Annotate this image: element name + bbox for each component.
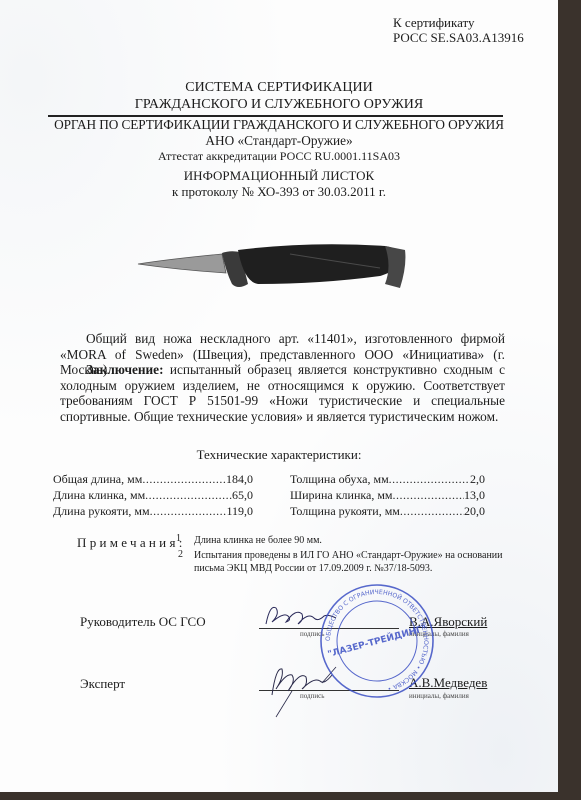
conclusion-paragraph: Заключение: испытанный образец является …: [60, 362, 505, 424]
certification-organ: ОРГАН ПО СЕРТИФИКАЦИИ ГРАЖДАНСКОГО И СЛУ…: [0, 117, 558, 133]
knife-photo: [130, 232, 430, 292]
note-text: Испытания проведены в ИЛ ГО АНО «Стандар…: [194, 549, 524, 575]
protocol-reference: к протоколу № ХО-393 от 30.03.2011 г.: [0, 184, 558, 200]
signer-role: Руководитель ОС ГСО: [80, 614, 206, 630]
spec-row: Толщина обуха, мм2,0: [290, 471, 485, 487]
note-number: 1: [176, 533, 181, 544]
specs-right-column: Толщина обуха, мм2,0 Ширина клинка, мм13…: [290, 471, 485, 519]
signer-role: Эксперт: [80, 676, 125, 692]
spec-row: Толщина рукояти, мм20,0: [290, 503, 485, 519]
certificate-reference: К сертификату РОСС SE.SA03.A13916: [393, 15, 524, 45]
system-title-line2: ГРАЖДАНСКОГО И СЛУЖЕБНОГО ОРУЖИЯ: [0, 97, 558, 113]
document-page: К сертификату РОСС SE.SA03.A13916 СИСТЕМ…: [0, 0, 558, 792]
reference-line2: РОСС SE.SA03.A13916: [393, 30, 524, 45]
accreditation-line: Аттестат аккредитации РОСС RU.0001.11SA0…: [0, 149, 558, 164]
spec-row: Общая длина, мм184,0: [53, 471, 253, 487]
conclusion-label: Заключение:: [86, 362, 164, 377]
spec-row: Ширина клинка, мм13,0: [290, 487, 485, 503]
document-title: ИНФОРМАЦИОННЫЙ ЛИСТОК: [0, 168, 558, 184]
note-number: 2: [178, 549, 183, 560]
system-title-line1: СИСТЕМА СЕРТИФИКАЦИИ: [0, 80, 558, 96]
notes-label: Примечания:: [77, 535, 186, 551]
specs-left-column: Общая длина, мм184,0 Длина клинка, мм65,…: [53, 471, 253, 519]
official-stamp: ОБЩЕСТВО С ОГРАНИЧЕННОЙ ОТВЕТСТВЕННОСТЬЮ…: [318, 582, 436, 700]
organization-name: АНО «Стандарт-Оружие»: [0, 133, 558, 149]
specs-title: Технические характеристики:: [0, 447, 558, 463]
reference-line1: К сертификату: [393, 15, 524, 30]
note-text: Длина клинка не более 90 мм.: [194, 534, 524, 547]
stamp-center-text: "ЛАЗЕР-ТРЕЙДИНГ": [326, 622, 428, 660]
spec-row: Длина клинка, мм65,0: [53, 487, 253, 503]
spec-row: Длина рукояти, мм119,0: [53, 503, 253, 519]
